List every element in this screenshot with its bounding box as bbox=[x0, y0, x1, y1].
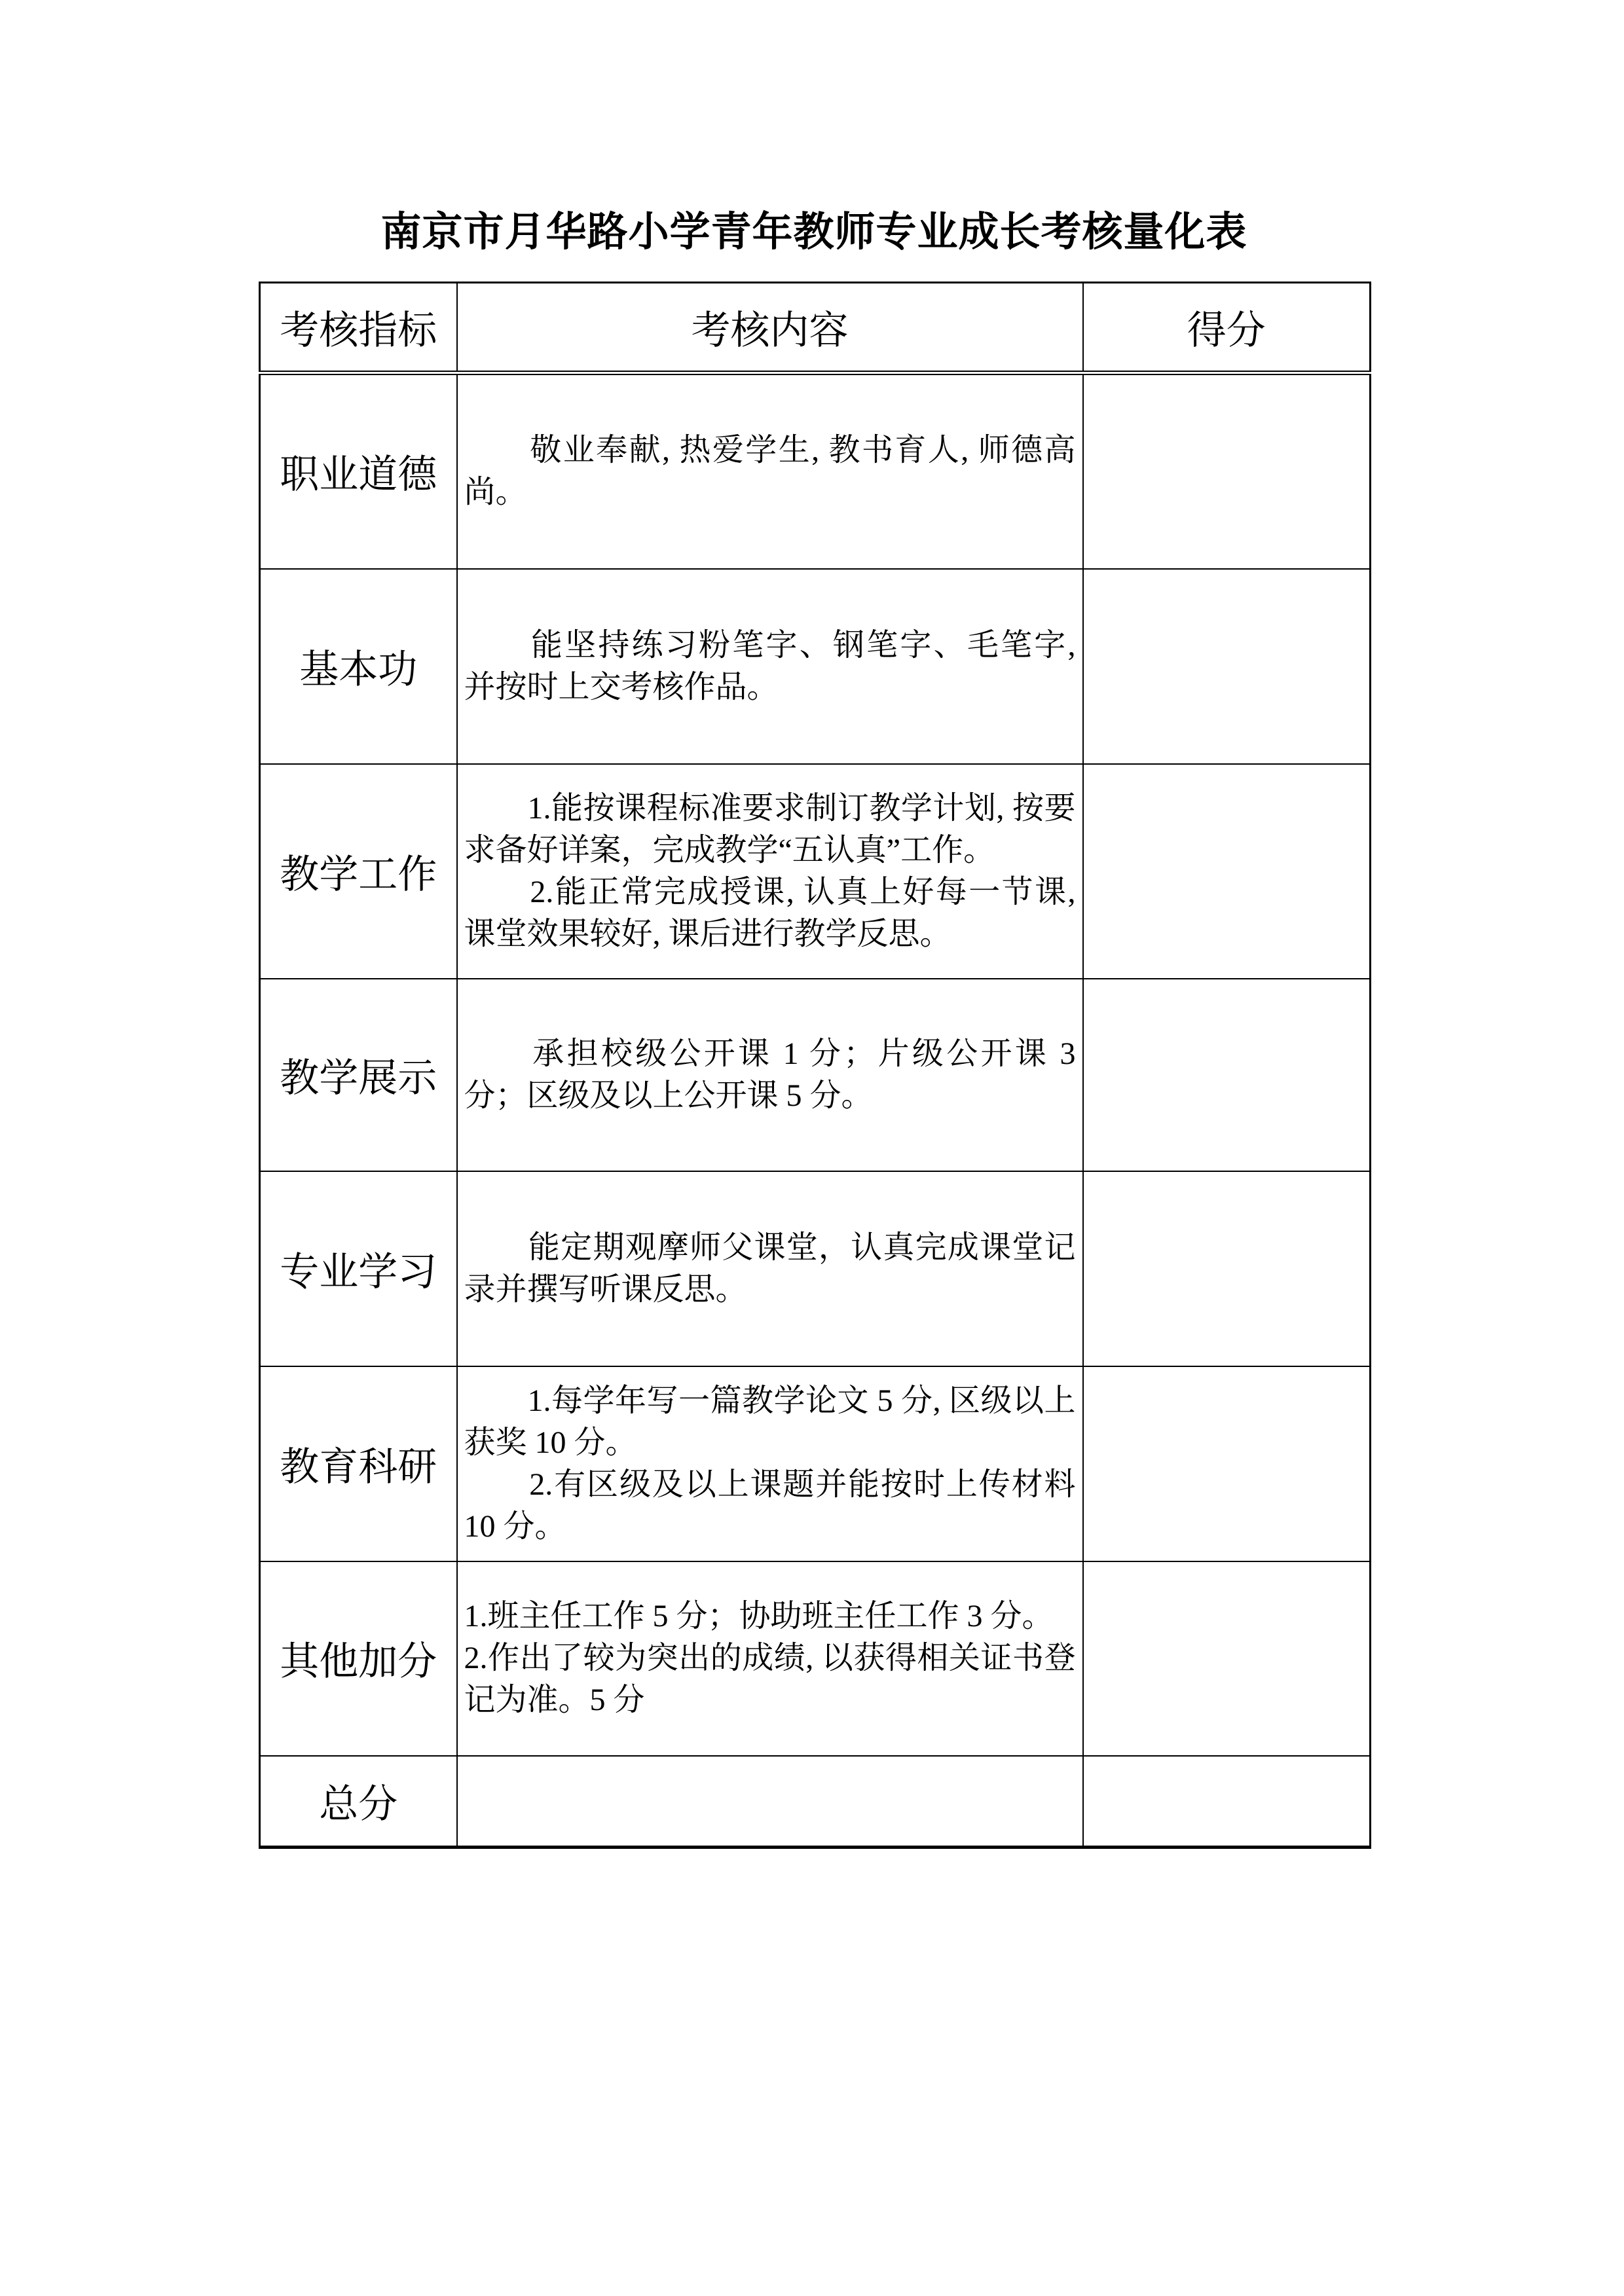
content-cell: 1.每学年写一篇教学论文 5 分, 区级以上获奖 10 分。 2.有区级及以上课… bbox=[457, 1366, 1083, 1561]
score-cell bbox=[1083, 979, 1371, 1171]
indicator-cell: 教学展示 bbox=[260, 979, 457, 1171]
content-cell: 1.能按课程标准要求制订教学计划, 按要求备好详案，完成教学“五认真”工作。 2… bbox=[457, 764, 1083, 979]
content-cell: 1.班主任工作 5 分；协助班主任工作 3 分。 2.作出了较为突出的成绩, 以… bbox=[457, 1561, 1083, 1756]
table-row: 教学工作 1.能按课程标准要求制订教学计划, 按要求备好详案，完成教学“五认真”… bbox=[260, 764, 1371, 979]
assessment-table: 考核指标 考核内容 得分 职业道德 敬业奉献, 热爱学生, 教书育人, 师德高尚… bbox=[259, 282, 1371, 1849]
header-score: 得分 bbox=[1083, 283, 1371, 373]
table-row: 基本功 能坚持练习粉笔字、钢笔字、毛笔字, 并按时上交考核作品。 bbox=[260, 569, 1371, 764]
table-row: 职业道德 敬业奉献, 热爱学生, 教书育人, 师德高尚。 bbox=[260, 373, 1371, 569]
indicator-cell: 基本功 bbox=[260, 569, 457, 764]
score-cell bbox=[1083, 764, 1371, 979]
table-header-row: 考核指标 考核内容 得分 bbox=[260, 283, 1371, 373]
content-cell: 能定期观摩师父课堂，认真完成课堂记录并撰写听课反思。 bbox=[457, 1171, 1083, 1366]
indicator-cell: 教学工作 bbox=[260, 764, 457, 979]
score-cell bbox=[1083, 1561, 1371, 1756]
score-cell bbox=[1083, 373, 1371, 569]
document-content: 南京市月华路小学青年教师专业成长考核量化表 考核指标 考核内容 得分 职业道德 … bbox=[0, 0, 1624, 1849]
table-row: 教学展示 承担校级公开课 1 分；片级公开课 3 分；区级及以上公开课 5 分。 bbox=[260, 979, 1371, 1171]
indicator-cell: 专业学习 bbox=[260, 1171, 457, 1366]
header-indicator: 考核指标 bbox=[260, 283, 457, 373]
table-row-total: 总分 bbox=[260, 1756, 1371, 1848]
header-content: 考核内容 bbox=[457, 283, 1083, 373]
indicator-cell: 职业道德 bbox=[260, 373, 457, 569]
table-row: 教育科研 1.每学年写一篇教学论文 5 分, 区级以上获奖 10 分。 2.有区… bbox=[260, 1366, 1371, 1561]
document-page: 南京市月华路小学青年教师专业成长考核量化表 考核指标 考核内容 得分 职业道德 … bbox=[0, 0, 1624, 2296]
score-cell bbox=[1083, 1171, 1371, 1366]
content-cell: 敬业奉献, 热爱学生, 教书育人, 师德高尚。 bbox=[457, 373, 1083, 569]
content-cell: 承担校级公开课 1 分；片级公开课 3 分；区级及以上公开课 5 分。 bbox=[457, 979, 1083, 1171]
content-cell bbox=[457, 1756, 1083, 1848]
page-title: 南京市月华路小学青年教师专业成长考核量化表 bbox=[259, 206, 1369, 259]
table-row: 其他加分 1.班主任工作 5 分；协助班主任工作 3 分。 2.作出了较为突出的… bbox=[260, 1561, 1371, 1756]
score-cell bbox=[1083, 1756, 1371, 1848]
score-cell bbox=[1083, 1366, 1371, 1561]
indicator-cell: 其他加分 bbox=[260, 1561, 457, 1756]
indicator-cell: 教育科研 bbox=[260, 1366, 457, 1561]
score-cell bbox=[1083, 569, 1371, 764]
content-cell: 能坚持练习粉笔字、钢笔字、毛笔字, 并按时上交考核作品。 bbox=[457, 569, 1083, 764]
indicator-cell: 总分 bbox=[260, 1756, 457, 1848]
table-row: 专业学习 能定期观摩师父课堂，认真完成课堂记录并撰写听课反思。 bbox=[260, 1171, 1371, 1366]
